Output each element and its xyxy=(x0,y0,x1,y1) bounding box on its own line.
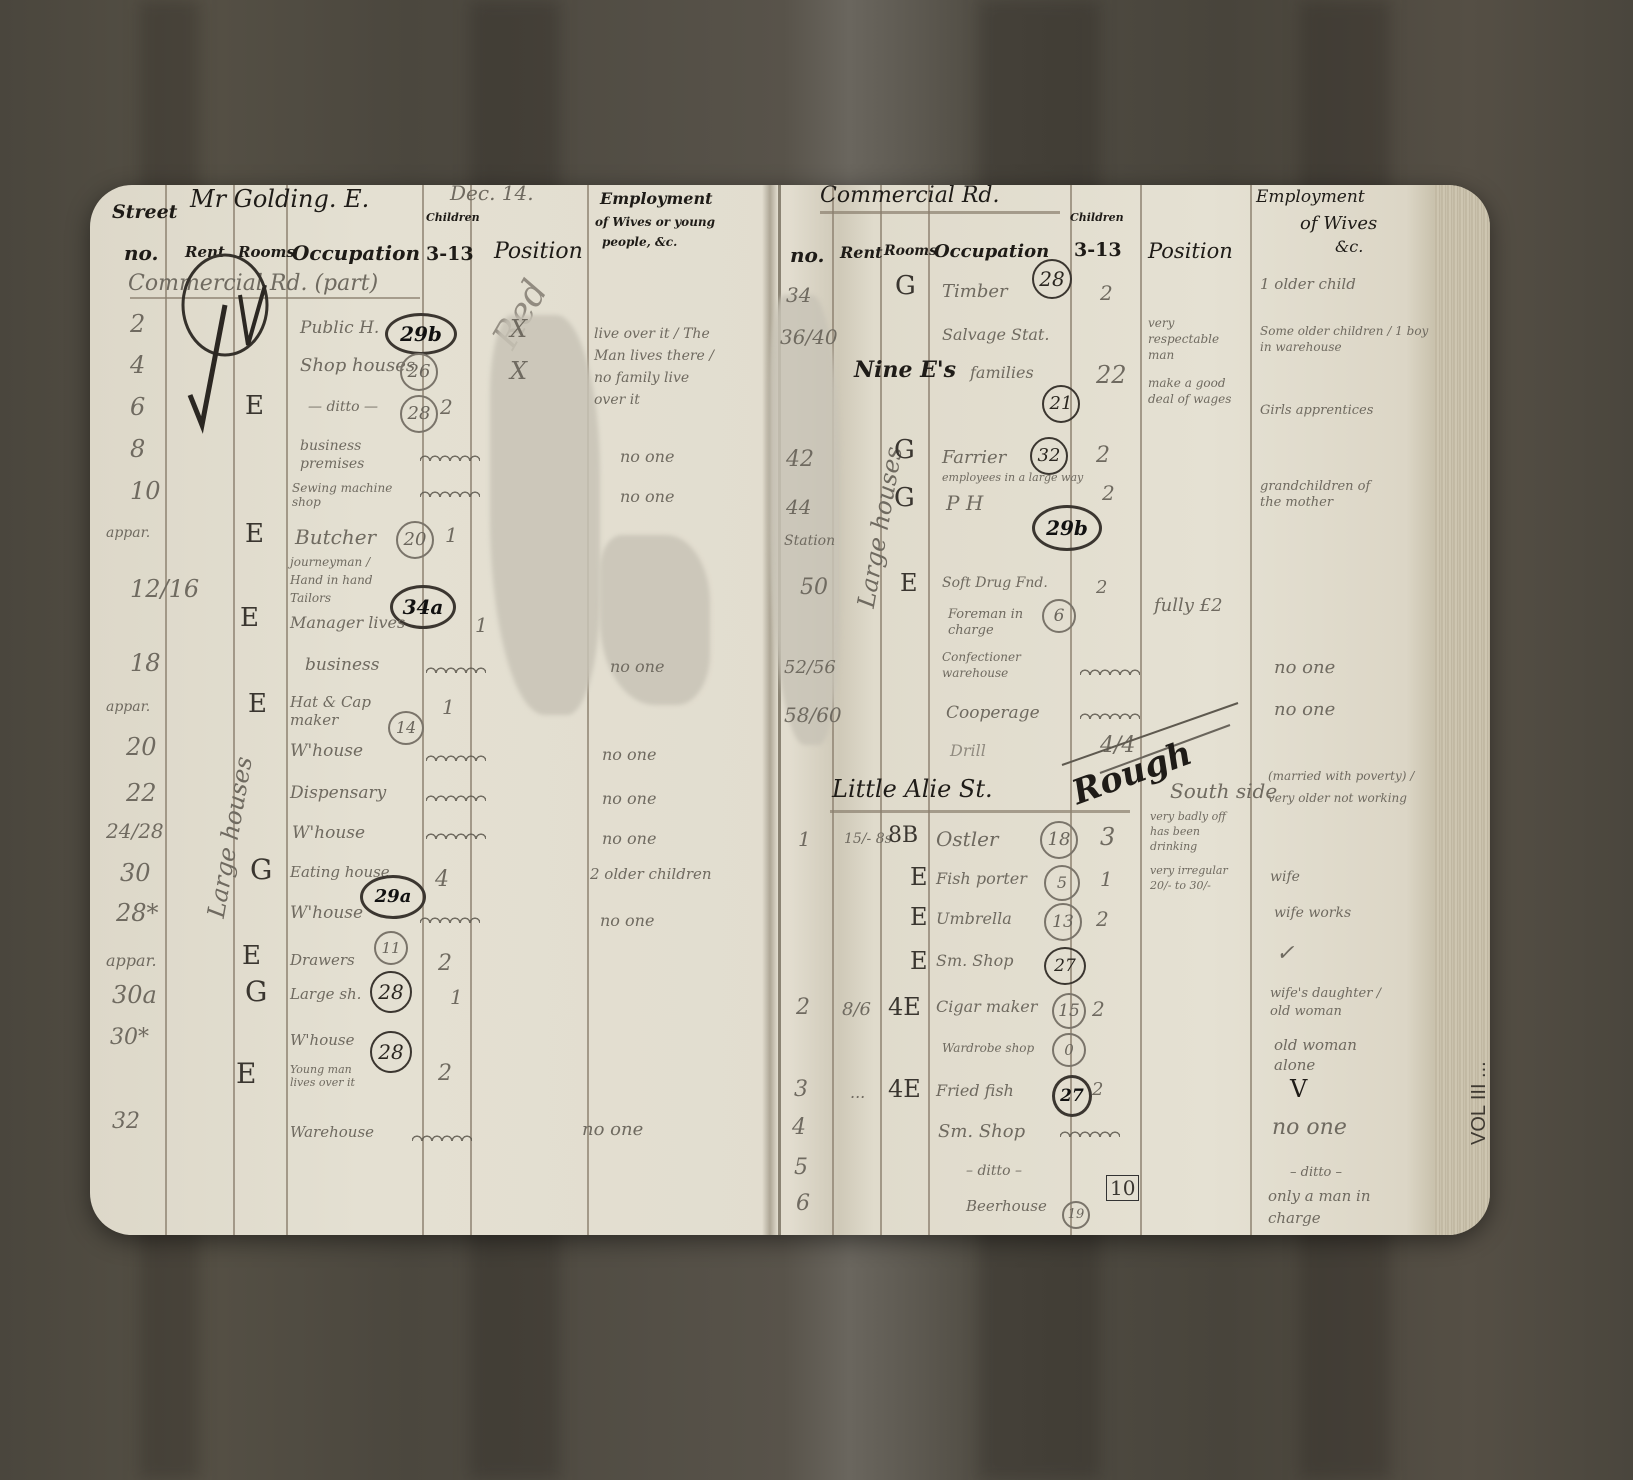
row-occupation: Hat & Cap maker xyxy=(290,693,390,729)
circled-number: 14 xyxy=(388,711,424,745)
circled-number: 29a xyxy=(360,875,426,919)
row-occupation: Salvage Stat. xyxy=(942,325,1049,344)
paper-damage xyxy=(490,315,600,715)
circled-number: 20 xyxy=(396,521,434,559)
header-occupation: Occupation xyxy=(934,241,1049,262)
row-occupation: W'house xyxy=(290,1031,354,1049)
row-occupation: Public H. xyxy=(300,318,379,338)
row-no: 34 xyxy=(786,283,811,307)
row-occupation: Manager lives xyxy=(290,613,405,632)
page-author: Mr Golding. E. xyxy=(190,185,369,213)
row-rooms: E xyxy=(245,519,264,549)
row-employment: wife xyxy=(1270,869,1300,885)
row-employment: no one xyxy=(602,789,656,808)
row-position: fully £2 xyxy=(1154,595,1223,616)
boxed-number: 10 xyxy=(1106,1175,1139,1201)
page-date: Dec. 14. xyxy=(450,185,534,205)
header-no: no. xyxy=(790,243,825,267)
row-occupation: Young man lives over it xyxy=(290,1063,380,1089)
circled-number: 0 xyxy=(1052,1033,1086,1067)
circled-number: 28 xyxy=(1032,259,1072,299)
row-children: 2 xyxy=(1102,481,1115,505)
row-position: X xyxy=(510,315,527,343)
row-occupation: Wardrobe shop xyxy=(942,1041,1034,1055)
circled-number: 6 xyxy=(1042,599,1076,633)
row-occupation: Butcher xyxy=(295,525,376,549)
row-occupation: families xyxy=(970,363,1034,382)
row-occupation: – ditto – xyxy=(966,1163,1022,1179)
row-employment: 2 older children xyxy=(590,865,712,883)
row-children: 1 xyxy=(442,695,455,719)
ditto-wavy-mark xyxy=(426,795,486,805)
row-rooms: 8B xyxy=(888,823,918,848)
circled-number: 15 xyxy=(1052,993,1086,1029)
row-no: 6 xyxy=(130,393,145,421)
row-occupation: employees in a large way xyxy=(942,471,1083,484)
row-employment: no one xyxy=(582,1119,643,1140)
row-rooms: G xyxy=(250,853,272,886)
row-no: 10 xyxy=(130,477,161,505)
header-no: no. xyxy=(124,241,159,265)
row-rooms: E xyxy=(910,947,928,975)
row-no: 5 xyxy=(794,1155,808,1180)
circled-number: 5 xyxy=(1044,865,1080,901)
circled-number: 26 xyxy=(400,353,438,391)
row-rooms: E xyxy=(242,941,261,971)
circled-number: 28 xyxy=(400,395,438,433)
header-employment: Employment xyxy=(600,189,713,208)
section-side: South side xyxy=(1170,779,1277,803)
circled-number: 13 xyxy=(1044,903,1082,941)
row-children: 2 xyxy=(438,1061,452,1086)
row-position: X xyxy=(510,357,527,385)
circled-number: 11 xyxy=(374,931,408,965)
row-no: 1 xyxy=(798,827,811,851)
header-rooms: Rooms xyxy=(884,243,937,259)
row-position: very badly off has been drinking xyxy=(1150,809,1240,854)
row-no: 30a xyxy=(112,981,157,1009)
row-occupation: Ostler xyxy=(936,827,999,851)
row-employment: wife works xyxy=(1274,905,1351,921)
circled-number: 21 xyxy=(1042,385,1080,423)
row-no: 12/16 xyxy=(130,575,199,603)
ditto-wavy-mark xyxy=(426,833,486,843)
row-children: 2 xyxy=(438,951,452,976)
right-page: Commercial Rd. no. Rent Rooms Occupation… xyxy=(770,185,1490,1235)
row-rooms: G xyxy=(245,975,267,1008)
row-rent: 8/6 xyxy=(842,999,871,1020)
row-occupation: Sm. Shop xyxy=(936,951,1013,970)
ditto-wavy-mark xyxy=(420,455,480,465)
row-no: 32 xyxy=(112,1109,140,1134)
row-employment: ✓ xyxy=(1276,941,1294,966)
header-position: Position xyxy=(494,239,583,264)
row-children: 2 xyxy=(1096,577,1107,598)
ditto-wavy-mark xyxy=(412,1135,472,1145)
row-no: 44 xyxy=(786,495,811,519)
row-no: 30 xyxy=(120,859,151,887)
row-occupation: Umbrella xyxy=(936,909,1012,928)
row-rooms: E xyxy=(245,391,264,421)
circled-number: 32 xyxy=(1030,437,1068,475)
row-employment: no one xyxy=(1274,699,1335,720)
left-page: Street no. Mr Golding. E. Dec. 14. Rent … xyxy=(90,185,770,1235)
row-occupation: Sm. Shop xyxy=(938,1121,1025,1142)
row-employment: no one xyxy=(602,745,656,764)
row-occupation: Drill xyxy=(950,741,986,760)
row-no: 58/60 xyxy=(784,703,842,727)
row-employment: – ditto – xyxy=(1290,1165,1342,1180)
row-occupation: W'house xyxy=(290,903,363,923)
row-employment: no one xyxy=(620,487,674,506)
ditto-wavy-mark xyxy=(426,667,486,677)
row-occupation: journeyman / Hand in hand Tailors xyxy=(290,553,400,607)
row-rooms: E xyxy=(236,1057,256,1090)
row-no: appar. xyxy=(106,951,157,970)
row-children: 1 xyxy=(450,985,463,1009)
row-employment: wife's daughter / old woman xyxy=(1270,985,1400,1021)
spine-label: VOL III ... xyxy=(1468,1061,1490,1145)
page-edges: VOL III ... xyxy=(1434,185,1490,1235)
row-occupation: Shop houses xyxy=(300,355,415,376)
row-children: 3 xyxy=(1100,823,1115,851)
header-position: Position xyxy=(1148,239,1233,263)
row-rooms: G xyxy=(894,435,915,465)
ditto-wavy-mark xyxy=(426,755,486,765)
row-occupation: P H xyxy=(946,491,983,515)
row-occupation: Timber xyxy=(942,281,1008,302)
annotation-nine-es: Nine E's xyxy=(854,357,956,383)
row-rooms: E xyxy=(248,689,267,719)
row-occupation: business premises xyxy=(300,437,410,473)
row-no: 2 xyxy=(796,995,810,1020)
header-ages: 3-13 xyxy=(1074,239,1122,261)
row-employment: no one xyxy=(1272,1115,1347,1140)
row-employment: 1 older child xyxy=(1260,275,1356,293)
circled-number: 27 xyxy=(1044,947,1086,985)
paper-damage xyxy=(600,535,710,705)
row-no: 42 xyxy=(786,447,814,472)
ditto-wavy-mark xyxy=(1060,1131,1120,1141)
row-no: 20 xyxy=(126,733,157,761)
row-occupation: — ditto — xyxy=(308,399,378,415)
row-rent: 15/- 8s xyxy=(844,831,892,847)
row-children: 2 xyxy=(1092,1079,1103,1100)
row-employment: (married with poverty) / very older not … xyxy=(1268,765,1418,809)
row-rooms: E xyxy=(240,603,259,633)
row-no: Station xyxy=(784,533,835,549)
row-rooms: E xyxy=(900,569,918,597)
row-no: 50 xyxy=(800,575,828,600)
row-position: very irregular 20/- to 30/- xyxy=(1150,863,1240,893)
row-occupation: Cigar maker xyxy=(936,997,1037,1016)
row-no: 24/28 xyxy=(106,819,164,843)
row-employment: no one xyxy=(602,829,656,848)
row-no: 4 xyxy=(792,1115,806,1140)
row-employment: Some older children / 1 boy in warehouse xyxy=(1260,323,1430,355)
row-no: 30* xyxy=(110,1025,149,1050)
row-rooms: E xyxy=(910,863,928,891)
header-children: Children xyxy=(426,211,480,224)
row-occupation: Sewing machine shop xyxy=(292,481,412,509)
row-children: 2 xyxy=(440,395,453,419)
row-rooms: E xyxy=(910,903,928,931)
circled-number: 29b xyxy=(1032,505,1102,551)
row-occupation: business xyxy=(305,655,379,675)
row-no: 52/56 xyxy=(784,657,836,678)
ditto-wavy-mark xyxy=(420,917,480,927)
row-children: 4 xyxy=(435,867,449,892)
row-no: 22 xyxy=(126,779,157,807)
row-occupation: Foreman in charge xyxy=(948,607,1028,639)
row-occupation: W'house xyxy=(292,823,365,843)
header-employment: Employment xyxy=(1256,187,1365,207)
row-occupation: Farrier xyxy=(942,447,1006,468)
row-no: 8 xyxy=(130,435,145,463)
row-occupation: Large sh. xyxy=(290,985,361,1003)
row-children: 2 xyxy=(1096,443,1110,468)
row-no: appar. xyxy=(106,525,150,541)
section-street-name: Little Alie St. xyxy=(832,775,993,803)
header-employment-3: people, &c. xyxy=(602,235,677,249)
header-rent: Rent xyxy=(840,243,883,262)
row-children: 2 xyxy=(1096,907,1109,931)
row-no: 4 xyxy=(130,351,145,379)
row-children: 2 xyxy=(1100,281,1113,305)
row-employment: V xyxy=(1290,1075,1307,1103)
header-employment-2: of Wives or young xyxy=(595,215,715,229)
row-employment: old woman alone xyxy=(1274,1035,1394,1075)
row-no: 28* xyxy=(116,899,159,927)
header-employment-3: &c. xyxy=(1335,237,1363,256)
street-name: Commercial Rd. xyxy=(820,185,999,208)
row-employment: no one xyxy=(620,447,674,466)
row-no: 6 xyxy=(796,1191,810,1216)
row-children: 1 xyxy=(445,523,458,547)
ditto-wavy-mark xyxy=(1080,669,1140,679)
row-employment: no one xyxy=(600,911,654,930)
row-occupation: Fried fish xyxy=(936,1081,1014,1100)
header-children: Children xyxy=(1070,211,1124,224)
row-no: appar. xyxy=(106,699,150,715)
row-position: very respectable man xyxy=(1148,315,1238,363)
row-no: 18 xyxy=(130,649,161,677)
row-employment: only a man in charge xyxy=(1268,1185,1398,1229)
row-no: 2 xyxy=(130,310,145,338)
ditto-wavy-mark xyxy=(420,491,480,501)
row-occupation: Beerhouse xyxy=(966,1197,1047,1215)
row-occupation: Fish porter xyxy=(936,869,1027,888)
header-employment-2: of Wives xyxy=(1300,213,1377,234)
header-street: Street xyxy=(112,201,177,223)
row-occupation: Dispensary xyxy=(290,783,386,803)
row-children: 22 xyxy=(1096,361,1127,389)
row-rent: ... xyxy=(850,1083,865,1102)
circled-number: 28 xyxy=(370,971,412,1013)
row-rooms: G xyxy=(894,483,915,513)
circled-number: 18 xyxy=(1040,821,1078,859)
row-employment: no one xyxy=(1274,657,1335,678)
circled-number: 27 xyxy=(1052,1075,1092,1117)
row-occupation: Soft Drug Fnd. xyxy=(942,575,1048,591)
circled-number: 19 xyxy=(1062,1201,1090,1229)
row-position: make a good deal of wages xyxy=(1148,375,1248,407)
row-children: 2 xyxy=(1092,997,1105,1021)
annotation-large-houses: Large houses xyxy=(202,754,258,920)
row-occupation: W'house xyxy=(290,741,363,761)
circled-number: 29b xyxy=(385,313,457,355)
row-children: 1 xyxy=(1100,867,1113,891)
header-ages: 3-13 xyxy=(426,243,474,265)
row-occupation: Drawers xyxy=(290,951,355,969)
row-rooms: 4E xyxy=(888,1075,921,1103)
row-occupation: Confectioner warehouse xyxy=(942,649,1052,681)
row-employment: Girls apprentices xyxy=(1260,403,1373,418)
row-rooms: G xyxy=(895,271,916,301)
header-occupation: Occupation xyxy=(292,241,420,265)
row-employment: live over it / The Man lives there / no … xyxy=(594,323,714,411)
row-employment: no one xyxy=(610,657,664,676)
row-occupation: Cooperage xyxy=(946,703,1040,723)
row-rooms: 4E xyxy=(888,993,921,1021)
row-children: 1 xyxy=(475,613,488,637)
row-no: 36/40 xyxy=(780,325,838,349)
row-employment: grandchildren of the mother xyxy=(1260,479,1390,511)
row-no: 3 xyxy=(794,1077,808,1102)
notebook-spread: Street no. Mr Golding. E. Dec. 14. Rent … xyxy=(90,185,1490,1235)
row-occupation: Warehouse xyxy=(290,1123,374,1141)
